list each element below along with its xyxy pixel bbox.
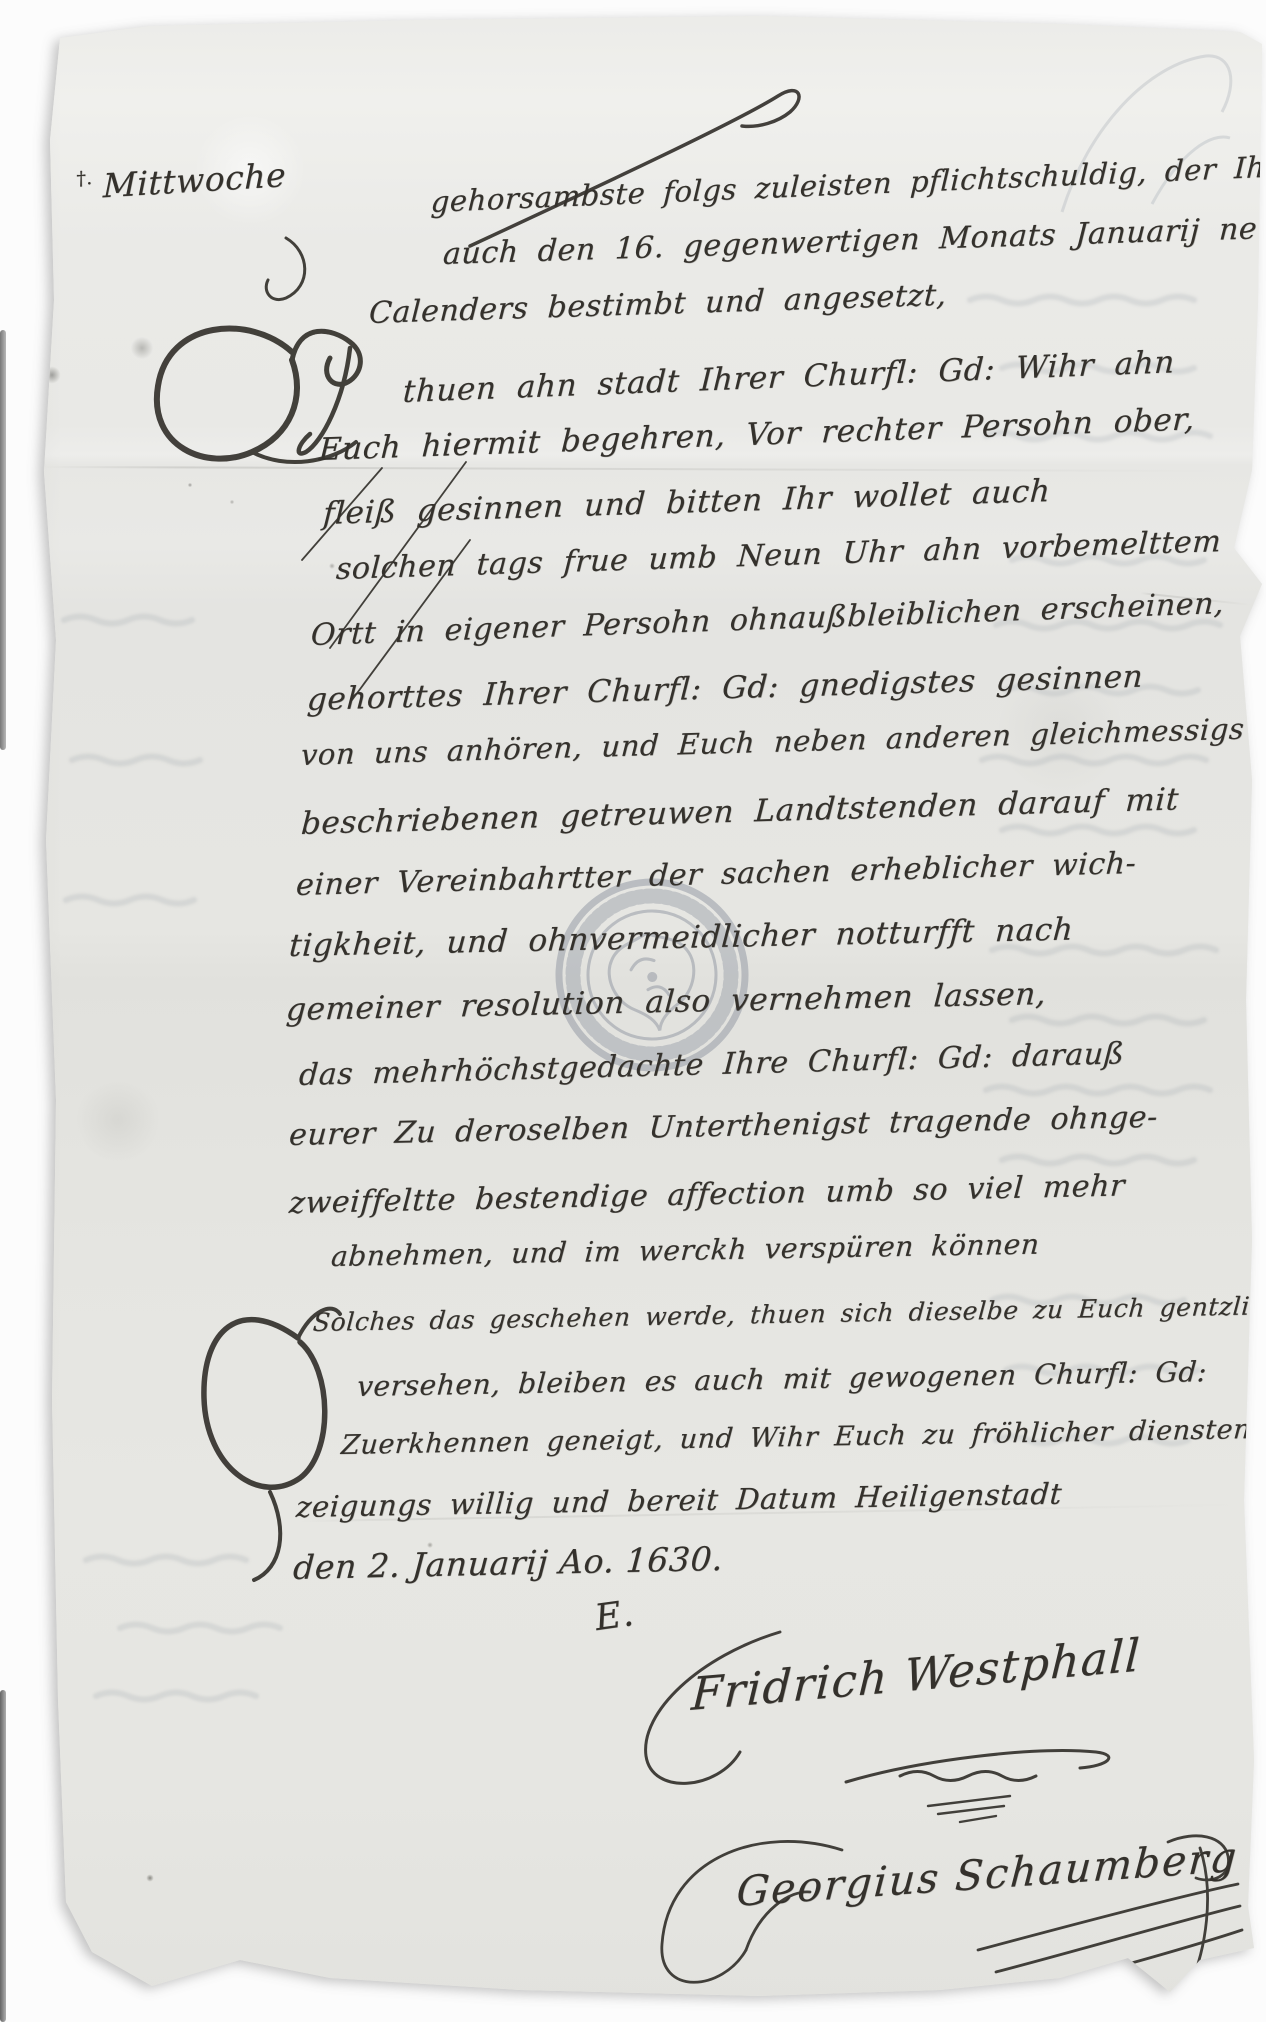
manuscript-line: gemeiner resolution also vernehmen lasse… (285, 976, 1047, 1028)
manuscript-line: fleiß gesinnen und bitten Ihr wollet auc… (322, 473, 1051, 532)
manuscript-line: Ortt in eigener Persohn ohnaußbleibliche… (310, 586, 1225, 653)
manuscript-line: zweiffeltte bestendige affection umb so … (288, 1168, 1126, 1221)
manuscript-line: thuen ahn stadt Ihrer Churfl: Gd: Wihr a… (402, 344, 1176, 410)
manuscript-line: Calenders bestimbt und angesetzt, (368, 278, 948, 331)
manuscript-line: solchen tags frue umb Neun Uhr ahn vorbe… (335, 524, 1222, 587)
scanner-edge-artifact (0, 330, 6, 750)
manuscript-line: Zuerkhennen geneigt, und Wihr Euch zu fr… (340, 1414, 1252, 1461)
paper-shadow-wrap: †.Mittwoche gehorsambste folgs zuleisten… (0, 0, 1266, 2022)
manuscript-line: Euch hiermit begehren, Vor rechter Perso… (318, 401, 1196, 468)
manuscript-line: das mehrhöchstgedachte Ihre Churfl: Gd: … (298, 1036, 1125, 1093)
manuscript-body: gehorsambste folgs zuleisten pflichtschu… (0, 0, 1266, 2022)
manuscript-line: gehorttes Ihrer Churfl: Gd: gnedigstes g… (306, 659, 1144, 718)
scanner-edge-artifact (0, 1690, 6, 2022)
manuscript-line: gehorsambste folgs zuleisten pflichtschu… (430, 149, 1266, 219)
manuscript-line: tigkheit, und ohnvermeidlicher notturfft… (288, 912, 1075, 964)
manuscript-line: zeigungs willig und bereit Datum Heilige… (295, 1477, 1063, 1524)
post-date-mark: E. (592, 1593, 636, 1639)
manuscript-paper: †.Mittwoche gehorsambste folgs zuleisten… (0, 0, 1266, 2022)
manuscript-line: beschriebenen getreuwen Landtstenden dar… (300, 781, 1180, 842)
manuscript-line: versehen, bleiben es auch mit gewogenen … (356, 1355, 1208, 1403)
manuscript-line: Solches das geschehen werde, thuen sich … (312, 1291, 1266, 1337)
manuscript-line: von uns anhören, und Euch neben anderen … (300, 712, 1245, 772)
manuscript-line: eurer Zu deroselben Unterthenigst tragen… (288, 1100, 1159, 1153)
manuscript-line: abnehmen, und im werckh verspüren können (330, 1228, 1041, 1273)
manuscript-line: einer Vereinbahrtter der sachen erheblic… (295, 846, 1137, 903)
manuscript-line: auch den 16. gegenwertigen Monats Januar… (442, 209, 1266, 272)
scanned-document: †.Mittwoche gehorsambste folgs zuleisten… (0, 0, 1266, 2022)
